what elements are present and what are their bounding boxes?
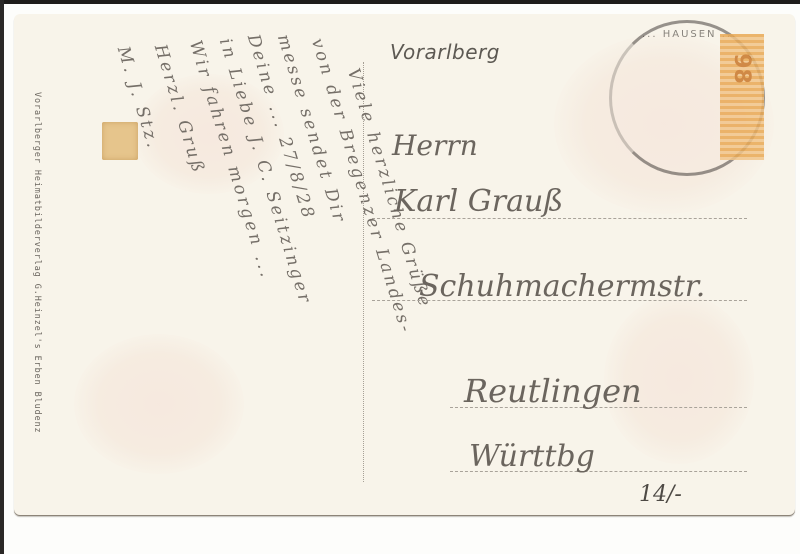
address-name: Karl Grauß [394,184,563,219]
postage-stamp: 98 [720,34,764,160]
paper-stain [74,334,244,474]
region-label: Vorarlberg [390,40,500,64]
publisher-imprint: Vorarlberger Heimatbilderverlag G.Heinze… [31,92,45,512]
scan-frame-left [0,0,4,554]
address-city: Reutlingen [464,372,642,410]
address-salutation: Herrn [392,129,478,162]
stamp-value: 98 [729,53,754,84]
publisher-imprint-text: Vorarlberger Heimatbilderverlag G.Heinze… [33,92,43,434]
postcard: Vorarlberger Heimatbilderverlag G.Heinze… [14,14,795,515]
postage-note: 14/- [639,482,682,507]
message-address-divider [363,62,364,482]
scan-frame-top [0,0,800,4]
address-occupation: Schuhmachermstr. [419,269,705,304]
stamp-remnant [102,122,138,160]
address-state: Württbg [469,439,595,474]
